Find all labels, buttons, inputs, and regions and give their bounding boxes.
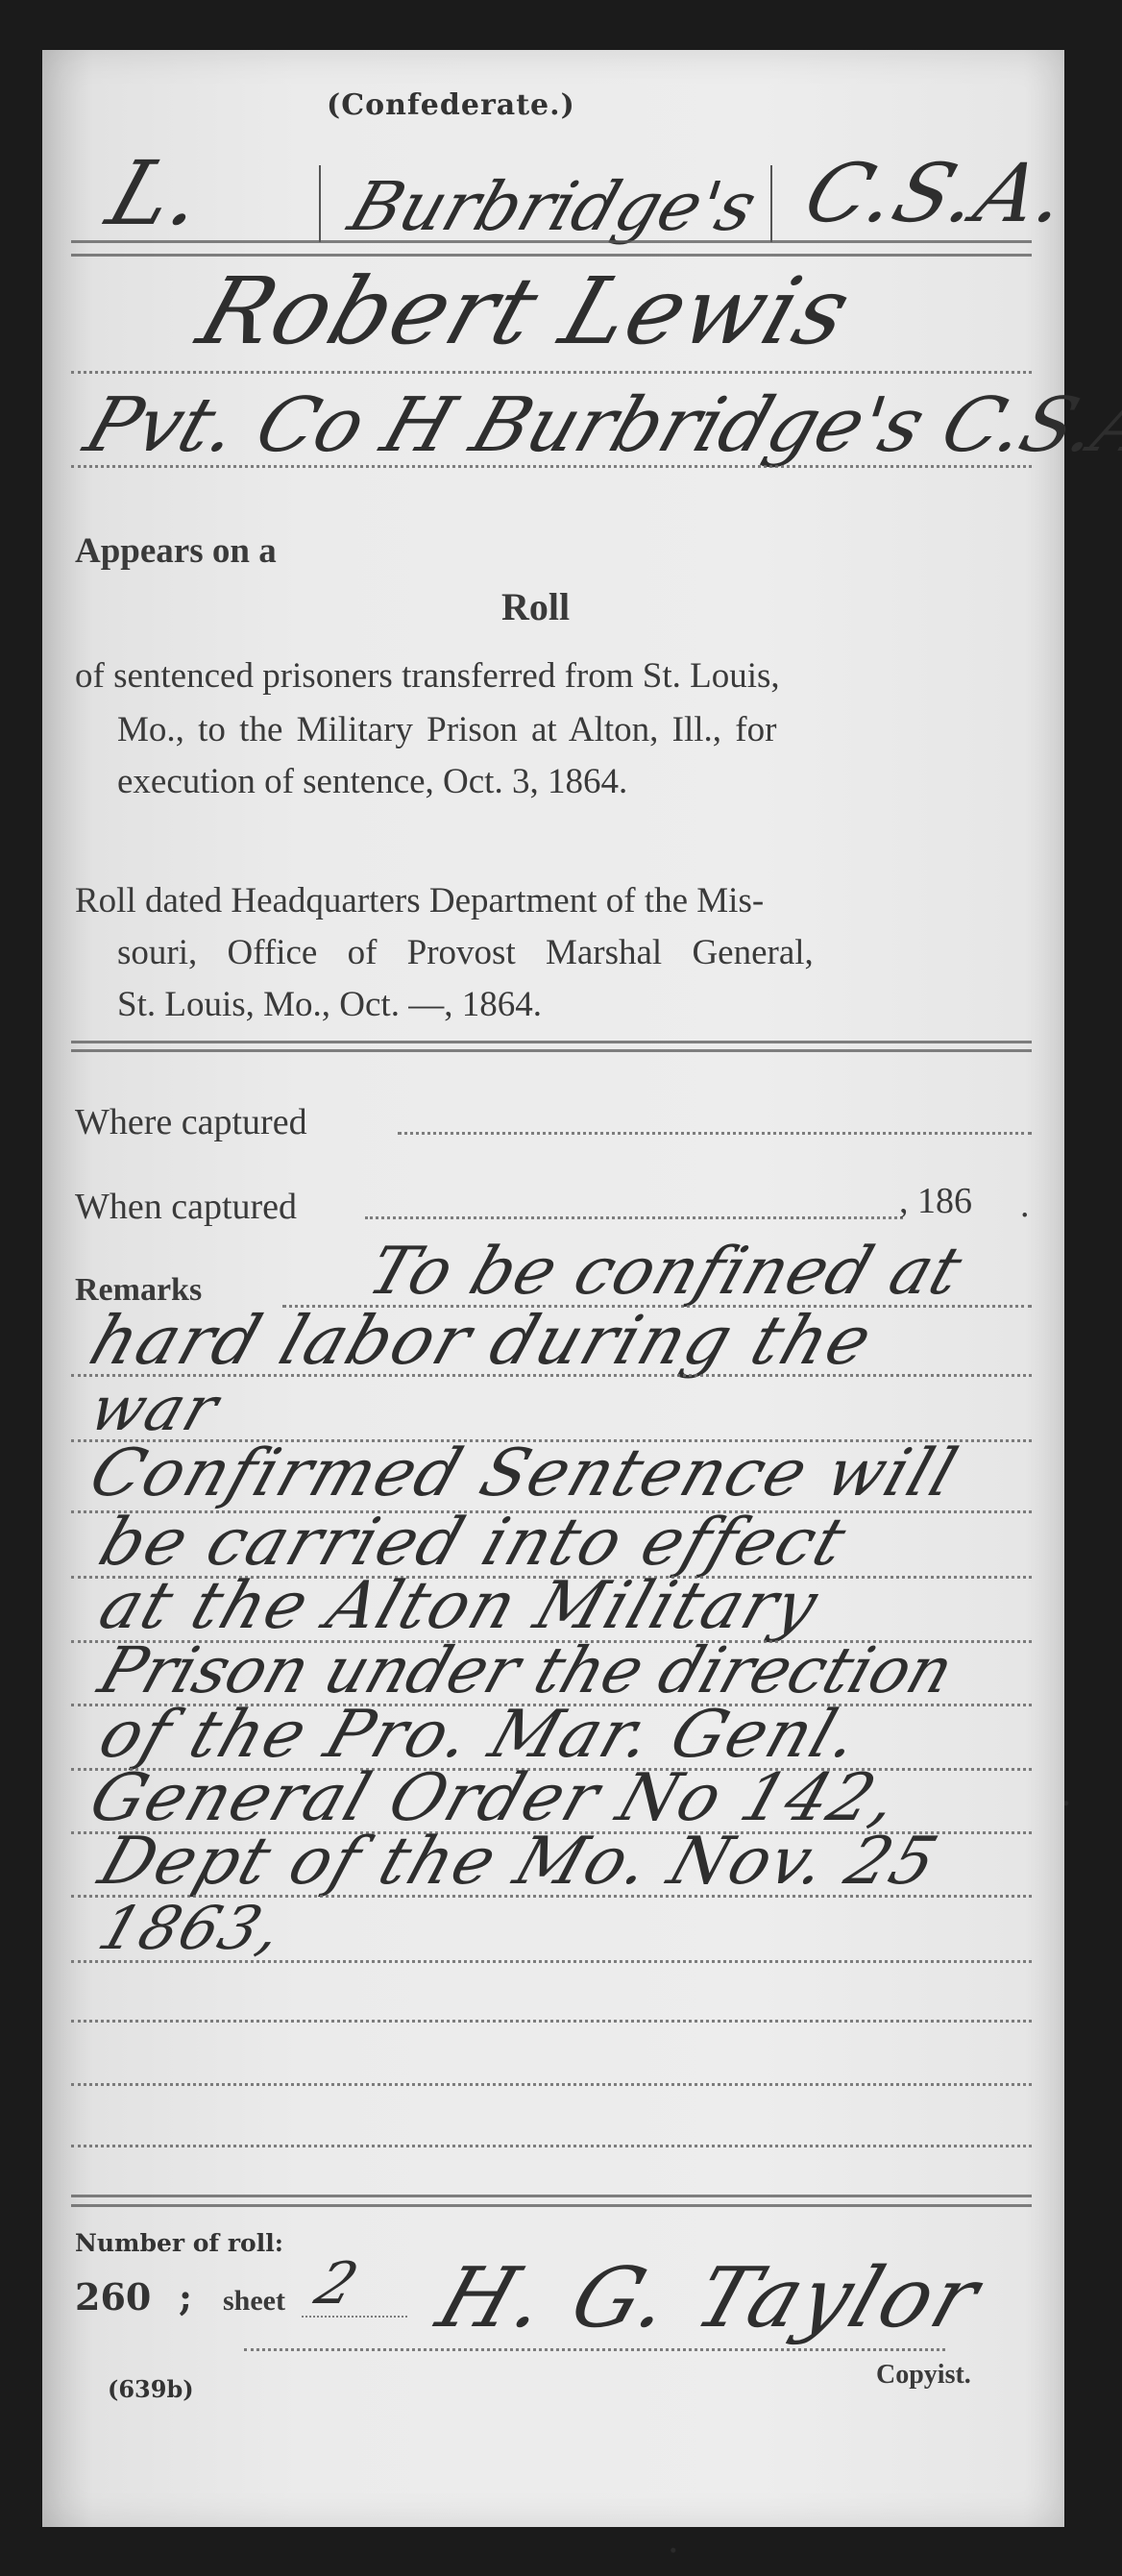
form-type-heading: (Confederate.) (327, 88, 575, 122)
remarks-dotted-line (71, 1960, 1032, 1963)
remarks-line: hard labor during the (81, 1301, 883, 1380)
blank-dotted-line (71, 2145, 1032, 2147)
signature-dotted-line (244, 2348, 945, 2351)
remarks-line: war (81, 1374, 229, 1445)
roll-separator: ; (179, 2275, 192, 2318)
form-number: (639b) (108, 2375, 194, 2403)
rank-dotted-line (71, 465, 1032, 468)
when-captured-year: , 186 (899, 1180, 972, 1222)
header-divider-2 (770, 165, 772, 242)
soldier-name: Robert Lewis (186, 258, 865, 365)
roll-description-line: execution of sentence, Oct. 3, 1864. (117, 761, 627, 802)
copyist-label: Copyist. (876, 2360, 971, 2391)
header-rule-bottom (71, 254, 1032, 257)
roll-dated-line: St. Louis, Mo., Oct. —, 1864. (117, 984, 542, 1025)
where-captured-field (398, 1132, 1032, 1135)
roll-description-line: of sentenced prisoners transferred from … (75, 655, 780, 697)
roll-dated-line: souri, Office of Provost Marshal General… (117, 932, 814, 973)
sheet-dotted-line (302, 2316, 407, 2318)
roll-description-line: Mo., to the Military Prison at Alton, Il… (117, 709, 776, 750)
header-army: C.S.A. (793, 146, 1082, 240)
header-divider-1 (319, 165, 321, 242)
remarks-line: To be confined at (359, 1234, 971, 1310)
footer-rule-top (71, 2195, 1032, 2197)
copyist-signature: H. G. Taylor (427, 2250, 992, 2346)
section-rule-top (71, 1041, 1032, 1043)
header-rule-top (71, 240, 1032, 243)
footer-rule-bottom (71, 2204, 1032, 2207)
name-dotted-line (71, 371, 1032, 374)
appears-on-label: Appears on a (75, 530, 277, 572)
sheet-number: 2 (307, 2250, 368, 2318)
where-captured-label: Where captured (75, 1101, 307, 1143)
roll-title: Roll (501, 584, 570, 629)
soldier-rank-unit: Pvt. Co H Burbridge's C.S.A. (75, 382, 1122, 469)
remarks-line: Dept of the Mo. Nov. 25 (90, 1824, 948, 1900)
when-captured-field (365, 1216, 903, 1219)
blank-dotted-line (71, 2020, 1032, 2023)
roll-number: 260 (75, 2275, 151, 2318)
when-captured-period: . (1020, 1184, 1030, 1226)
sheet-label: sheet (223, 2285, 285, 2318)
muster-card: (Confederate.) L. Burbridge's C.S.A. Rob… (42, 50, 1064, 2527)
blank-dotted-line (71, 2083, 1032, 2086)
when-captured-label: When captured (75, 1186, 297, 1228)
remarks-line: 1863, (90, 1893, 293, 1963)
header-unit: Burbridge's (340, 167, 767, 246)
roll-dated-line: Roll dated Headquarters Department of th… (75, 880, 764, 921)
number-of-roll-label: Number of roll: (75, 2229, 283, 2257)
remarks-line: Confirmed Sentence will (81, 1435, 967, 1511)
header-initial: L. (96, 142, 220, 245)
section-rule-bottom (71, 1049, 1032, 1052)
